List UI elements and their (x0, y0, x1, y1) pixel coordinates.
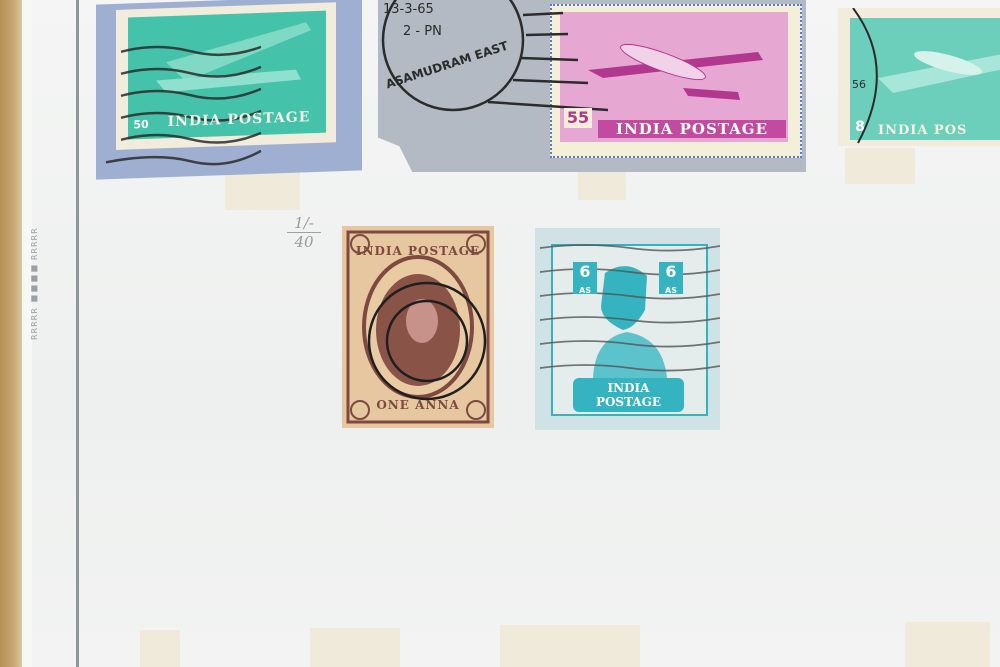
pencil-numerator: 1/- (294, 214, 314, 232)
stamp-label: INDIA POS (878, 123, 1000, 138)
stamp-kgvi-6as: 6AS 6AS INDIA POSTAGE (535, 228, 720, 430)
stamp-hinge (140, 630, 180, 667)
airplane-icon (378, 0, 806, 172)
stamp-label: INDIA POSTAGE (342, 244, 494, 258)
album-spine (0, 0, 22, 667)
stamp-value: 50 (132, 119, 150, 131)
postmark-time: 2 - PN (403, 24, 442, 39)
airplane-icon (96, 0, 362, 180)
stamp-airmail-8as: 56 8 INDIA POS (838, 8, 1000, 146)
stamp-hinge (845, 148, 915, 184)
stamp-value: 8 (852, 120, 868, 134)
postmark-date: 13-3-65 (383, 2, 434, 17)
pencil-price-note: 1/- 40 (287, 215, 321, 250)
album-margin-text: RRRRR ■■■■ RRRRR (30, 20, 42, 340)
stamp-hinge (500, 625, 640, 667)
stamp-hinge (905, 622, 990, 667)
stamp-hinge (310, 628, 400, 667)
stamp-value-right: 6AS (659, 262, 683, 294)
stamp-value: ONE ANNA (342, 398, 494, 412)
postmark-fragment: 56 (852, 78, 866, 91)
stamp-label: INDIA POSTAGE (598, 120, 786, 138)
stamp-hinge (578, 172, 626, 200)
stamp-label: INDIA POSTAGE (573, 378, 684, 412)
stamp-victoria-one-anna: INDIA POSTAGE ONE ANNA (342, 226, 494, 428)
pencil-denominator: 40 (294, 233, 313, 251)
stamp-airmail-50np: 50 INDIA POSTAGE (96, 0, 362, 180)
stamp-airmail-55np: 13-3-65 2 - PN ASAMUDRAM EAST 55 INDIA P… (378, 0, 806, 172)
stamp-value-left: 6AS (573, 262, 597, 294)
stamp-value: 55 (564, 108, 592, 128)
album-margin-line (76, 0, 79, 667)
